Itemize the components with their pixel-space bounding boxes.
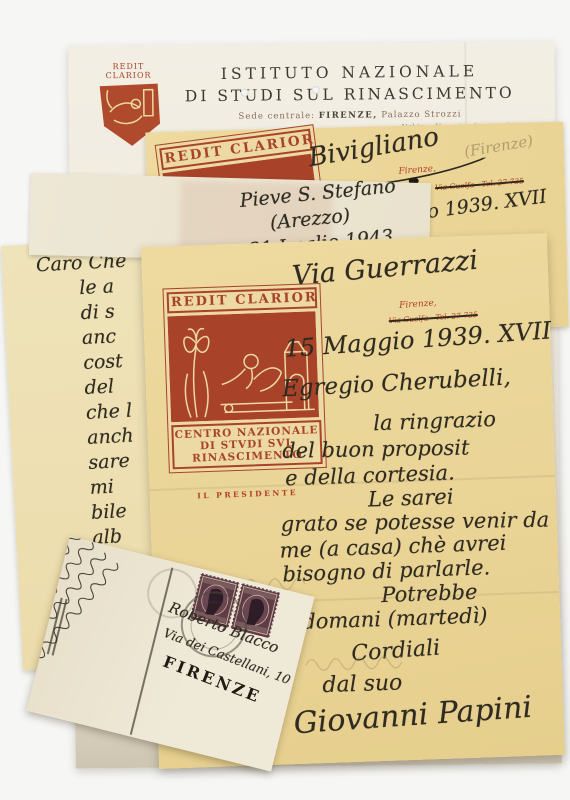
letter-line-date: 15 Maggio 1939. XVII [284,316,553,363]
institute-subtitle: Sede centrale: FIRENZE, Palazzo Strozzi [165,109,535,123]
printed-city: Firenze, [399,298,437,311]
photo-of-letters: REDIT CLARIOR ISTITUTO NAZIONALE DI STUD… [0,0,570,800]
letter-line: grato se potesse venir da [281,508,550,537]
punch-hole [241,89,249,97]
letter-line: Le sarei [368,484,454,511]
subtitle-prefix: Sede centrale: [238,111,315,122]
letter-line: del buon proposit [282,436,470,463]
emblem-motto-line1: REDIT [113,62,145,71]
subtitle-suffix: Palazzo Strozzi [381,109,461,120]
letter-line-via-guerrazzi: Via Guerrazzi [291,245,479,292]
institute-title-line2: DI STUDI SUL RINASCIMENTO [165,84,535,106]
stamp-artwork-reclining-figure [167,311,319,422]
letter-line: la ringrazio [373,407,496,435]
punch-hole [312,86,320,94]
emblem-motto-line2: CLARIOR [106,71,152,80]
institute-title-line1: ISTITUTO NAZIONALE [164,62,534,84]
subtitle-city: FIRENZE, [319,110,378,121]
show-through-handwriting [305,651,446,676]
